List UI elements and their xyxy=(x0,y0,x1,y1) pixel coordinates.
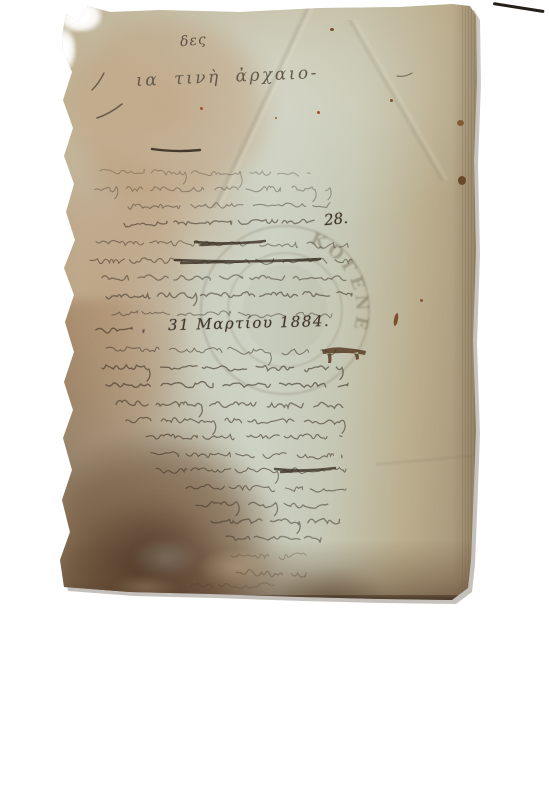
handwriting-line xyxy=(102,275,346,281)
pen-mark xyxy=(397,73,412,76)
handwriting-line xyxy=(126,417,345,434)
handwriting-line xyxy=(106,382,348,388)
manuscript-page: ΚΟΓΕΝΕΙ δες ια τινὴ ἀρχαιο- 28. 31 Μαρτί… xyxy=(56,0,480,612)
date-line: 31 Μαρτίου 1884. xyxy=(168,312,331,334)
paper-crease xyxy=(376,430,476,490)
handwriting-line xyxy=(116,400,343,417)
handwriting-line xyxy=(95,186,331,202)
handwriting-line xyxy=(156,468,346,484)
title-line: ια τινὴ ἀρχαιο- xyxy=(136,63,320,91)
handwriting-line xyxy=(102,365,343,381)
handwriting-line xyxy=(90,258,352,265)
stamp-center-smudge xyxy=(243,264,327,356)
handwriting-line xyxy=(196,502,328,516)
handwriting-line xyxy=(96,327,144,333)
stain-diagonal-edge xyxy=(56,300,366,612)
scan-background: ΚΟΓΕΝΕΙ δες ια τινὴ ἀρχαιο- 28. 31 Μαρτί… xyxy=(0,0,549,800)
svg-text:ΚΟΓΕΝΕΙ: ΚΟΓΕΝΕΙ xyxy=(56,0,372,335)
stain-bottom-center xyxy=(256,538,406,618)
handwriting-line xyxy=(231,553,306,560)
torn-paper-patch xyxy=(111,575,181,601)
stamp-inner-ring xyxy=(228,253,342,367)
stain-left-column xyxy=(0,90,226,520)
torn-paper-patch xyxy=(196,548,276,590)
handwriting-line xyxy=(191,583,274,588)
rust-speck xyxy=(275,117,277,119)
corner-tear xyxy=(48,28,76,72)
torn-paper-patch xyxy=(131,538,201,580)
ink-speck xyxy=(457,120,464,126)
ref-number: 28. xyxy=(323,209,349,229)
pen-mark xyxy=(152,149,200,151)
ink-blot xyxy=(322,347,366,363)
stamp-outer-ring xyxy=(201,226,369,394)
corner-tear xyxy=(58,0,102,32)
strikethrough-stroke xyxy=(195,241,265,245)
strikethrough-stroke xyxy=(175,259,320,263)
handwriting-line xyxy=(106,347,336,365)
ink-speck xyxy=(393,313,399,326)
handwriting-line xyxy=(211,519,340,534)
handwriting-line xyxy=(236,570,306,577)
binding-mark xyxy=(493,2,545,13)
handwriting-line xyxy=(106,292,352,306)
stain-top-left xyxy=(16,0,316,250)
handwriting-layer xyxy=(56,0,480,612)
ink-speck xyxy=(458,176,466,185)
handwriting-line xyxy=(112,311,332,318)
archive-stamp: ΚΟΓΕΝΕΙ xyxy=(56,0,480,612)
handwriting-line xyxy=(128,203,330,209)
handwriting-line xyxy=(151,452,342,459)
rust-speck xyxy=(317,111,320,114)
handwriting-line xyxy=(146,434,342,440)
stain-mid-bulge xyxy=(66,120,286,310)
stain-bottom-core xyxy=(26,470,266,650)
ink-speck xyxy=(330,28,334,31)
paper-crease xyxy=(206,8,316,208)
pen-mark xyxy=(92,73,104,90)
handwriting-line xyxy=(186,484,346,492)
ink-speck xyxy=(390,99,393,102)
strikethrough-stroke xyxy=(275,468,335,472)
pen-mark xyxy=(97,104,122,118)
ink-speck xyxy=(420,299,423,302)
stain-bottom-dark xyxy=(6,360,336,660)
header-word: δες xyxy=(179,32,207,51)
handwriting-line xyxy=(226,536,321,542)
rust-speck xyxy=(200,107,203,110)
paper-crease xyxy=(336,20,456,180)
stamp-letters: ΚΟΓΕΝΕΙ xyxy=(56,0,372,335)
handwriting-line xyxy=(96,240,348,248)
handwriting-line xyxy=(100,169,310,187)
handwriting-line xyxy=(124,219,314,227)
